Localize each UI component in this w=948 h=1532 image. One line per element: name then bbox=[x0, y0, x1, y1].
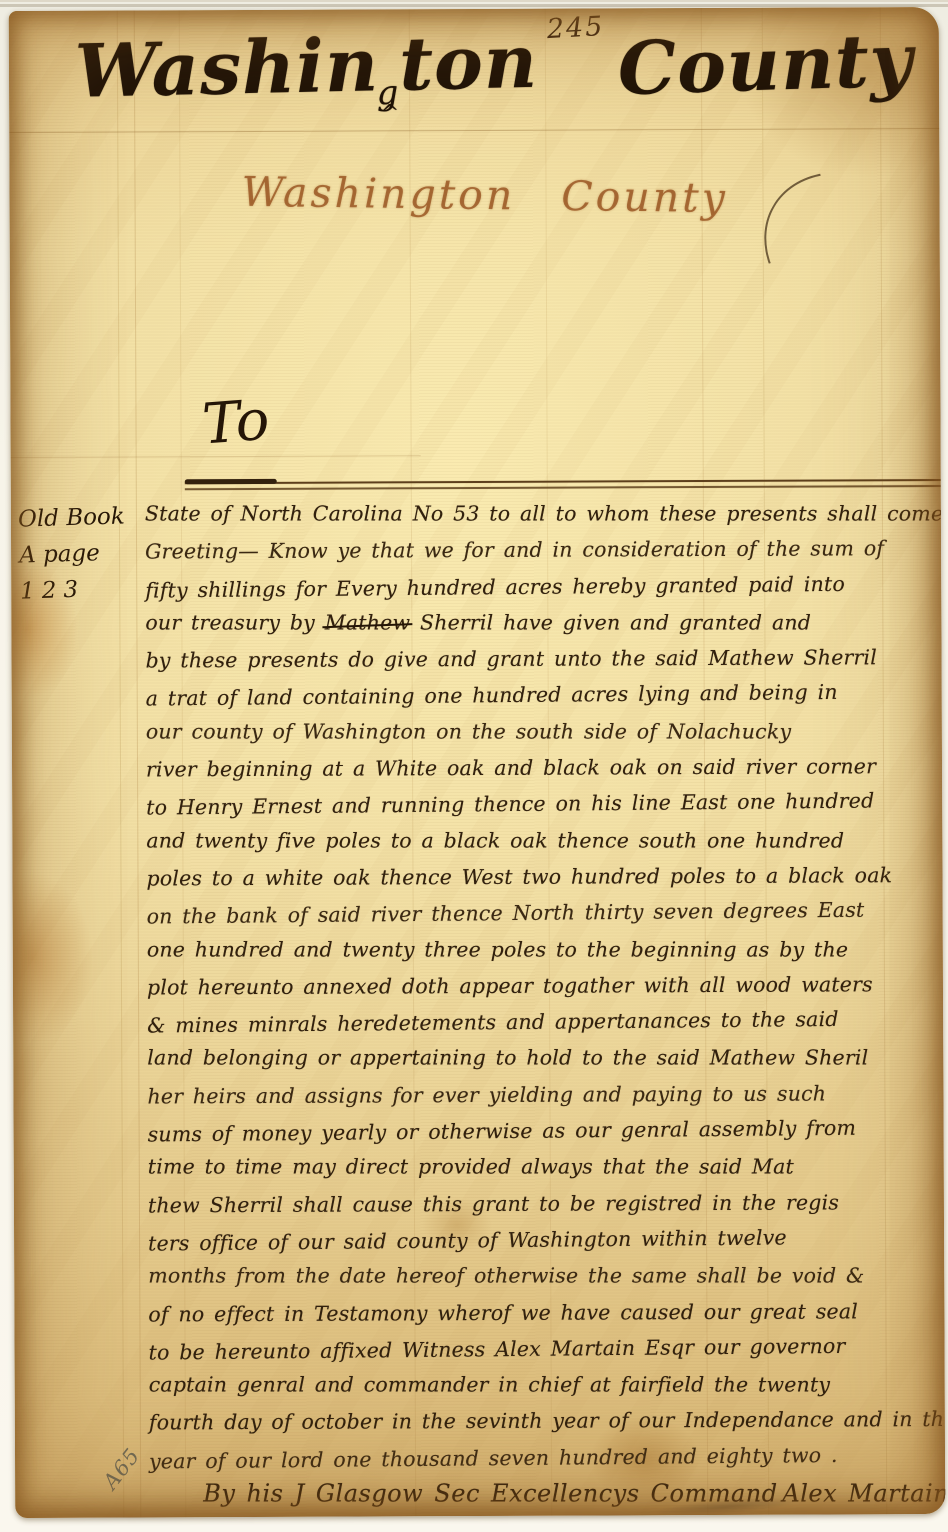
scan-backing-shadow bbox=[0, 4, 948, 7]
scan-backing-edge bbox=[0, 0, 948, 2]
page-vignette bbox=[9, 7, 946, 1518]
ledger-page-scan: 245 Washing^ton County Washington County… bbox=[9, 7, 946, 1518]
